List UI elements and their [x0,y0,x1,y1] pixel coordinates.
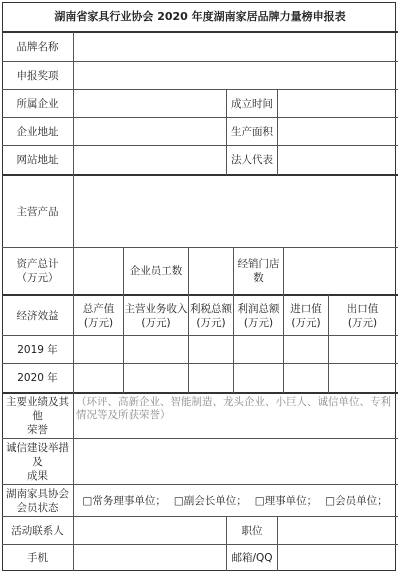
checkbox-executive-director[interactable]: □常务理事单位； [82,494,165,508]
checkbox-member[interactable]: □会员单位； [325,494,387,508]
main-products-field[interactable] [74,176,396,247]
legal-rep-field[interactable] [278,146,396,174]
col-profit-total: 利润总额 (万元) [234,296,283,335]
label-brand-name: 品牌名称 [2,32,73,61]
label-founded: 成立时间 [227,90,277,117]
econ-2019-profit-total[interactable] [234,336,283,363]
area-field[interactable] [278,118,396,145]
label-website: 网站地址 [2,146,73,174]
label-integrity-line2: 成果 [27,469,48,483]
col-unit: (万元) [196,316,225,330]
label-membership: 湖南家具协会 会员状态 [2,485,73,516]
honors-field[interactable]: （环评、高新企业、智能制造、龙头企业、小巨人、诚信单位、专利情况等及所获荣誉） [74,394,396,438]
col-label: 总产值 [83,302,115,316]
label-contact: 活动联系人 [2,517,73,544]
address-field[interactable] [74,118,226,145]
award-item-field[interactable] [74,62,396,89]
label-total-assets-line2: （万元） [17,271,59,285]
col-unit: (万元) [141,316,170,330]
website-field[interactable] [74,146,226,174]
econ-2019-import[interactable] [284,336,328,363]
label-stores-line2: 数 [253,271,264,285]
company-field[interactable] [74,90,226,117]
total-assets-field[interactable] [74,248,123,294]
email-field[interactable] [278,545,396,571]
label-honors-line2: 荣誉 [27,423,48,437]
col-label: 主营业务收入 [125,302,188,316]
econ-2019-export[interactable] [329,336,396,363]
label-honors: 主要业绩及其他 荣誉 [2,394,73,438]
col-tax-total: 利税总额 (万元) [189,296,233,335]
econ-2019-tax-total[interactable] [189,336,233,363]
label-econ: 经济效益 [2,296,73,335]
label-address: 企业地址 [2,118,73,145]
founded-field[interactable] [278,90,396,117]
label-total-assets: 资产总计 （万元） [2,248,73,294]
col-gross-output: 总产值 (万元) [74,296,123,335]
checkbox-director[interactable]: □理事单位； [255,494,317,508]
label-email: 邮箱/QQ [227,545,277,571]
label-membership-line1: 湖南家具协会 [6,487,69,501]
econ-2020-import[interactable] [284,364,328,392]
phone-field[interactable] [74,545,226,571]
label-area: 生产面积 [227,118,277,145]
label-employees: 企业员工数 [124,248,188,294]
row-label-2020: 2020 年 [2,364,73,392]
label-position: 职位 [227,517,277,544]
label-membership-line2: 会员状态 [17,501,59,515]
stores-field[interactable] [284,248,396,294]
col-label: 利税总额 [190,302,232,316]
econ-2020-profit-total[interactable] [234,364,283,392]
col-label: 利润总额 [238,302,280,316]
employees-field[interactable] [189,248,233,294]
col-label: 进口值 [290,302,322,316]
col-main-revenue: 主营业务收入 (万元) [124,296,188,335]
contact-field[interactable] [74,517,226,544]
label-main-products: 主营产品 [2,176,73,247]
econ-2020-tax-total[interactable] [189,364,233,392]
row-label-2019: 2019 年 [2,336,73,363]
econ-2020-export[interactable] [329,364,396,392]
label-award-item: 申报奖项 [2,62,73,89]
integrity-field[interactable] [74,439,396,484]
label-stores: 经销门店 数 [234,248,283,294]
econ-2019-gross-output[interactable] [74,336,123,363]
label-total-assets-line1: 资产总计 [17,257,59,271]
checkbox-vice-president[interactable]: □副会长单位； [174,494,247,508]
col-label: 出口值 [347,302,379,316]
col-import: 进口值 (万元) [284,296,328,335]
position-field[interactable] [278,517,396,544]
econ-2020-main-revenue[interactable] [124,364,188,392]
col-unit: (万元) [84,316,113,330]
membership-options: □常务理事单位； □副会长单位； □理事单位； □会员单位； [74,485,396,516]
econ-2019-main-revenue[interactable] [124,336,188,363]
label-integrity: 诚信建设举措及 成果 [2,439,73,484]
label-phone: 手机 [2,545,73,571]
label-honors-line1: 主要业绩及其他 [2,395,73,423]
label-integrity-line1: 诚信建设举措及 [2,441,73,469]
label-stores-line1: 经销门店 [238,257,280,271]
col-export: 出口值 (万元) [329,296,396,335]
col-unit: (万元) [244,316,273,330]
brand-name-field[interactable] [74,32,396,61]
col-unit: (万元) [291,316,320,330]
econ-2020-gross-output[interactable] [74,364,123,392]
form-title: 湖南省家具行业协会 2020 年度湖南家居品牌力量榜申报表 [2,2,398,32]
label-legal-rep: 法人代表 [227,146,277,174]
col-unit: (万元) [348,316,377,330]
label-company: 所属企业 [2,90,73,117]
